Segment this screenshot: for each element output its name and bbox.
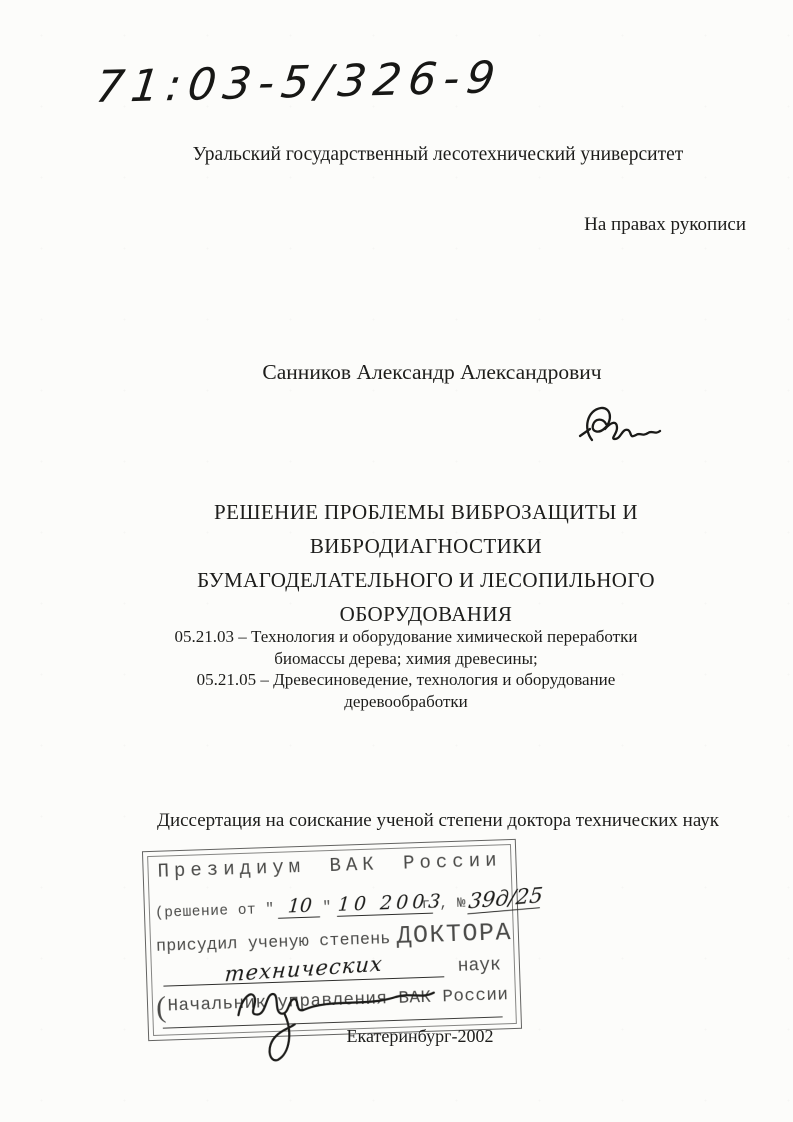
stamp-header: Президиум ВАК России xyxy=(143,849,516,883)
decision-prefix-label: (решение от " xyxy=(155,902,275,922)
handwritten-call-number: 71:03-5/326-9 xyxy=(93,52,520,113)
author-name: Санников Александр Александрович xyxy=(132,360,732,385)
official-signature xyxy=(225,964,448,1067)
degree-word-label: ДОКТОРА xyxy=(396,918,512,951)
decision-day-handwritten: 10 xyxy=(278,894,322,918)
university-name: Уральский государственный лесотехнически… xyxy=(138,144,738,166)
title-line-1: РЕШЕНИЕ ПРОБЛЕМЫ ВИБРОЗАЩИТЫ И ВИБРОДИАГ… xyxy=(120,495,732,563)
decision-close-quote: " xyxy=(322,900,332,916)
specialty-line: деревообработки xyxy=(106,691,706,713)
sciences-label: наук xyxy=(457,955,501,976)
dissertation-title: РЕШЕНИЕ ПРОБЛЕМЫ ВИБРОЗАЩИТЫ И ВИБРОДИАГ… xyxy=(120,495,732,631)
official-bracket: ( xyxy=(156,991,168,1024)
stamp-decision-row: (решение от " 10 " 10 2003 г., № 39д/25 xyxy=(155,886,528,923)
city-year: Екатеринбург-2002 xyxy=(330,1026,510,1047)
specialty-codes: 05.21.03 – Технология и оборудование хим… xyxy=(106,626,706,712)
thesis-degree-note: Диссертация на соискание ученой степени … xyxy=(137,810,739,832)
award-text-label: присудил ученую степень xyxy=(156,929,391,956)
author-signature xyxy=(576,398,680,460)
specialty-line: 05.21.03 – Технология и оборудование хим… xyxy=(106,626,706,648)
specialty-line: 05.21.05 – Древесиноведение, технология … xyxy=(106,669,706,691)
manuscript-rights-note: На правах рукописи xyxy=(500,214,746,236)
vak-approval-stamp: Президиум ВАК России (решение от " 10 " … xyxy=(142,839,522,1041)
decision-number-handwritten: 39д/25 xyxy=(468,883,543,914)
title-line-2: БУМАГОДЕЛАТЕЛЬНОГО И ЛЕСОПИЛЬНОГО ОБОРУД… xyxy=(120,563,732,631)
specialty-line: биомассы дерева; химия древесины; xyxy=(106,648,706,670)
dissertation-title-page: 71:03-5/326-9 Уральский государственный … xyxy=(0,0,793,1122)
decision-month-year-handwritten: 10 2003 xyxy=(337,891,435,917)
